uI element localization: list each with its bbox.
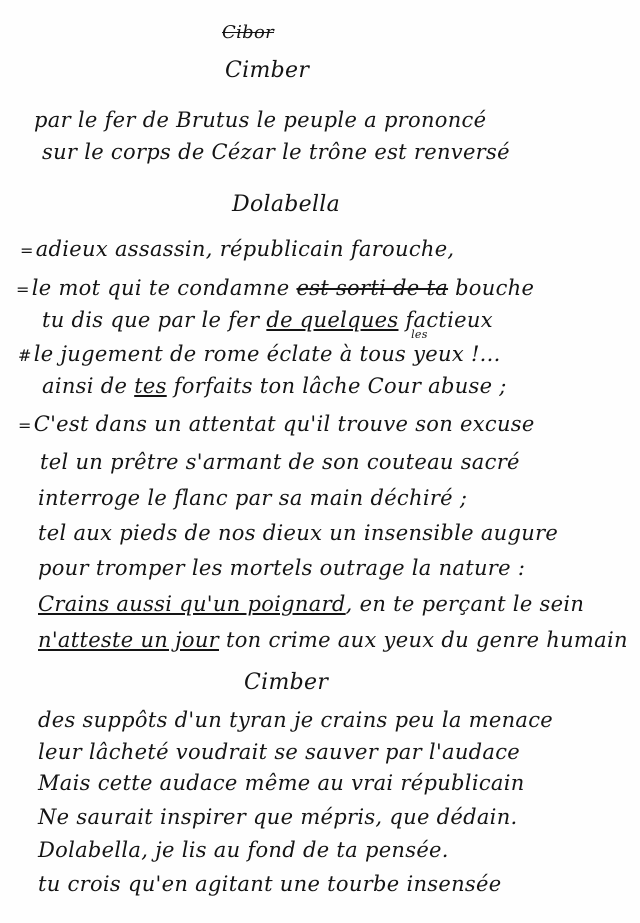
- underlined-text: tes: [134, 374, 167, 398]
- verse-line: Dolabella, je lis au fond de ta pensée.: [38, 838, 449, 862]
- underlined-text: de quelques: [266, 308, 398, 332]
- verse-text: le jugement de rome éclate à tous: [34, 342, 406, 366]
- verse-text: ton crime aux yeux du genre humain: [226, 628, 628, 652]
- speaker-heading-cimber: Cimber: [244, 670, 328, 695]
- verse-line: leur lâcheté voudrait se sauver par l'au…: [38, 740, 520, 764]
- verse-text: adieux assassin, républicain farouche,: [36, 237, 455, 261]
- verse-text: bouche: [455, 276, 534, 300]
- underlined-text: n'atteste un jour: [38, 628, 219, 652]
- verse-line: =adieux assassin, républicain farouche,: [20, 237, 454, 261]
- underlined-text: Crains aussi qu'un poignard: [38, 592, 346, 616]
- verse-line: ainsi de tes forfaits ton lâche Cour abu…: [42, 374, 507, 398]
- margin-mark: =: [20, 241, 34, 260]
- verse-line: =le mot qui te condamne est sorti de ta …: [16, 276, 534, 300]
- struck-heading: Cibor: [222, 22, 274, 43]
- verse-text: tu dis que par le fer: [42, 308, 259, 332]
- verse-line: Mais cette audace même au vrai républica…: [38, 771, 525, 795]
- speaker-heading-cimber: Cimber: [225, 58, 309, 83]
- verse-line: tel aux pieds de nos dieux un insensible…: [38, 521, 558, 545]
- struck-text: est sorti de ta: [296, 276, 448, 300]
- verse-line: #le jugement de rome éclate à tous les y…: [18, 342, 501, 366]
- manuscript-page: Cibor Cimber par le fer de Brutus le peu…: [0, 0, 640, 923]
- verse-line: par le fer de Brutus le peuple a prononc…: [34, 108, 486, 132]
- verse-line: Ne saurait inspirer que mépris, que déda…: [38, 805, 518, 829]
- verse-line: sur le corps de Cézar le trône est renve…: [42, 140, 510, 164]
- verse-line: =C'est dans un attentat qu'il trouve son…: [18, 412, 535, 436]
- inserted-word: les: [411, 328, 428, 341]
- speaker-heading-dolabella: Dolabella: [232, 192, 340, 217]
- verse-text: ainsi de: [42, 374, 127, 398]
- verse-line: pour tromper les mortels outrage la natu…: [38, 556, 525, 580]
- verse-text: forfaits ton lâche Cour abuse ;: [174, 374, 507, 398]
- verse-line: n'atteste un jour ton crime aux yeux du …: [38, 628, 628, 652]
- margin-mark: =: [16, 280, 30, 299]
- margin-mark: #: [18, 346, 32, 365]
- verse-line: tel un prêtre s'armant de son couteau sa…: [40, 450, 520, 474]
- verse-text: C'est dans un attentat qu'il trouve son …: [34, 412, 535, 436]
- verse-text: yeux !...: [413, 342, 501, 366]
- verse-text: le mot qui te condamne: [32, 276, 290, 300]
- verse-line: tu crois qu'en agitant une tourbe insens…: [38, 872, 501, 896]
- verse-line: interroge le flanc par sa main déchiré ;: [38, 486, 467, 510]
- verse-text: , en te perçant le sein: [346, 592, 585, 616]
- verse-line: Crains aussi qu'un poignard, en te perça…: [38, 592, 584, 616]
- verse-line: des suppôts d'un tyran je crains peu la …: [38, 708, 553, 732]
- margin-mark: =: [18, 416, 32, 435]
